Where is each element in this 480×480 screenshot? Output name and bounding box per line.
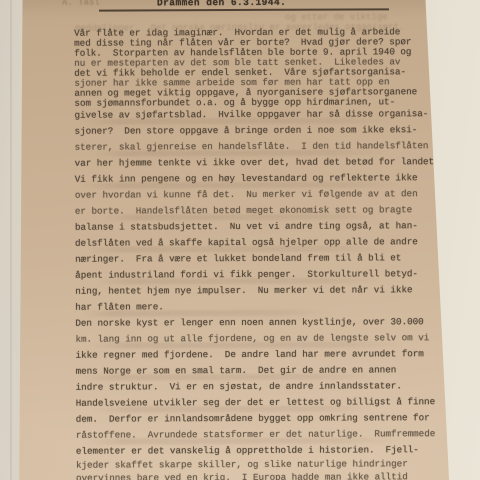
typed-line: ikke regner med fjordene. De andre land … xyxy=(75,348,423,361)
typed-line: over hvordan vi kunne få det. Nu merker … xyxy=(75,188,418,200)
typed-line: sjoner? Den store oppgave å bringe orden… xyxy=(74,124,417,136)
typed-line: ning, hentet hjem nye impulser. Nu merke… xyxy=(75,284,412,296)
typed-line: som sjømannsforbundet o.a. og å bygge op… xyxy=(74,96,395,108)
typed-line: sterer, skal gjenreise en handelsflåte. … xyxy=(75,140,429,153)
typed-line: næringer. Fra å være et lukket bondeland… xyxy=(75,252,401,264)
typed-line: dem. Derfor er innlandsområdene bygget o… xyxy=(76,412,430,425)
typed-line: åpent industriland fordi vi fikk penger.… xyxy=(75,268,418,280)
typed-line: Den norske kyst er lenger enn noen annen… xyxy=(75,316,423,329)
typed-line: mens Norge er som en smal tarm. Det gir … xyxy=(76,364,397,376)
typed-text-layer: A. Tasl Drammen den 6.3.1944. og etter d… xyxy=(0,0,480,480)
paper-sheet: A. Tasl Drammen den 6.3.1944. og etter d… xyxy=(0,0,480,480)
corner-note: A. Tasl xyxy=(62,0,100,8)
typed-line: råstoffene. Avrundede statsformer er det… xyxy=(76,428,435,441)
typed-line: er borte. Handelsflåten betød meget økon… xyxy=(75,204,412,216)
typed-line: var her hjemme tenkte vi ikke over det, … xyxy=(75,156,440,169)
photo-background: A. Tasl Drammen den 6.3.1944. og etter d… xyxy=(0,0,480,480)
typed-line: givelse av sjøfartsblad. Hvilke oppgaver… xyxy=(74,108,428,121)
typed-line: elementer er det vanskelig å oppretthold… xyxy=(76,444,419,456)
typed-line: km. lang inn og ut alle fjordene, og en … xyxy=(75,332,429,345)
typed-line: balanse i statsbudsjettet. Nu vet vi and… xyxy=(75,220,418,232)
typed-line: delsflåten ved å skaffe kapital også hje… xyxy=(75,236,418,248)
typed-line: indre struktur. Vi er en sjøstat, de and… xyxy=(76,380,402,392)
typed-line: kjeder skaffet skarpe skiller, og slike … xyxy=(76,458,408,470)
bleedthrough-line: og etter de viktige xyxy=(285,12,388,22)
typed-line: Handelsveiene utvikler seg der det er le… xyxy=(76,396,435,409)
dateline-underline xyxy=(99,8,389,11)
typed-line: har flåten mere. xyxy=(75,301,164,312)
typed-line: overvinnes bare ved en krig. I Europa ha… xyxy=(76,471,408,480)
typed-line: Vi fikk inn pengene og en høy levestanda… xyxy=(75,172,418,184)
dateline: Drammen den 6.3.1944. xyxy=(157,0,286,8)
